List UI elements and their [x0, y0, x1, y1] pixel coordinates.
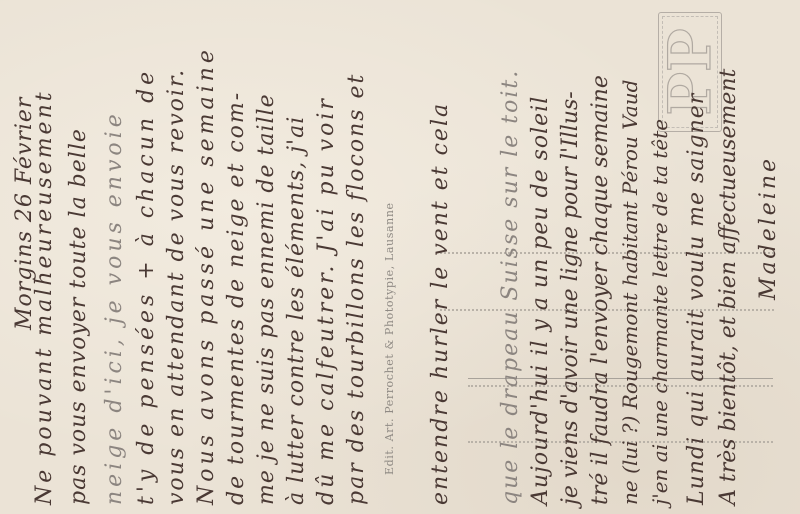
message-line: je viens d'avoir une ligne pour l'Illus-	[560, 91, 582, 505]
message-line: de tourmentes de neige et com-	[226, 91, 248, 505]
message-line: j'en ai une charmante lettre de ta tête	[650, 119, 670, 505]
message-line: pas vous envoyer toute la belle	[68, 128, 90, 505]
message-line: neige d'ici, je vous envoie	[104, 110, 126, 505]
message-line: vous en attendant de vous revoir.	[166, 68, 188, 505]
message-line: tré il faudra l'envoyer chaque semaine	[590, 75, 612, 505]
message-line: à lutter contre les éléments, j'ai	[286, 116, 308, 505]
signature: Madeleine	[758, 156, 780, 300]
message-line: t'y de pensées + à chacun de	[136, 68, 158, 505]
message-line: par des tourbillons les flocons et	[346, 73, 368, 505]
message-line: Aujourd'hui il y a un peu de soleil	[530, 96, 552, 505]
message-line: dû me calfeutrer. J'ai pu voir	[316, 96, 338, 505]
message-line: Ne pouvant malheureusement	[34, 89, 56, 505]
message-line: Lundi qui aurait voulu me saigner	[686, 93, 708, 505]
message-line: A très bientôt, et bien affectueusement	[718, 69, 740, 505]
publisher-imprint: Edit. Art. Perrochet & Phototypie, Lausa…	[383, 202, 396, 475]
message-line: Nous avons passé une semaine	[196, 46, 218, 505]
message-line: ne (lui ?) Rougemont habitant Pérou Vaud	[620, 80, 640, 505]
message-line: entendre hurler le vent et cela	[430, 102, 452, 505]
message-line: que le drapeau Suisse sur le toit.	[500, 69, 522, 505]
message-line: me je ne suis pas ennemi de taille	[256, 93, 278, 505]
